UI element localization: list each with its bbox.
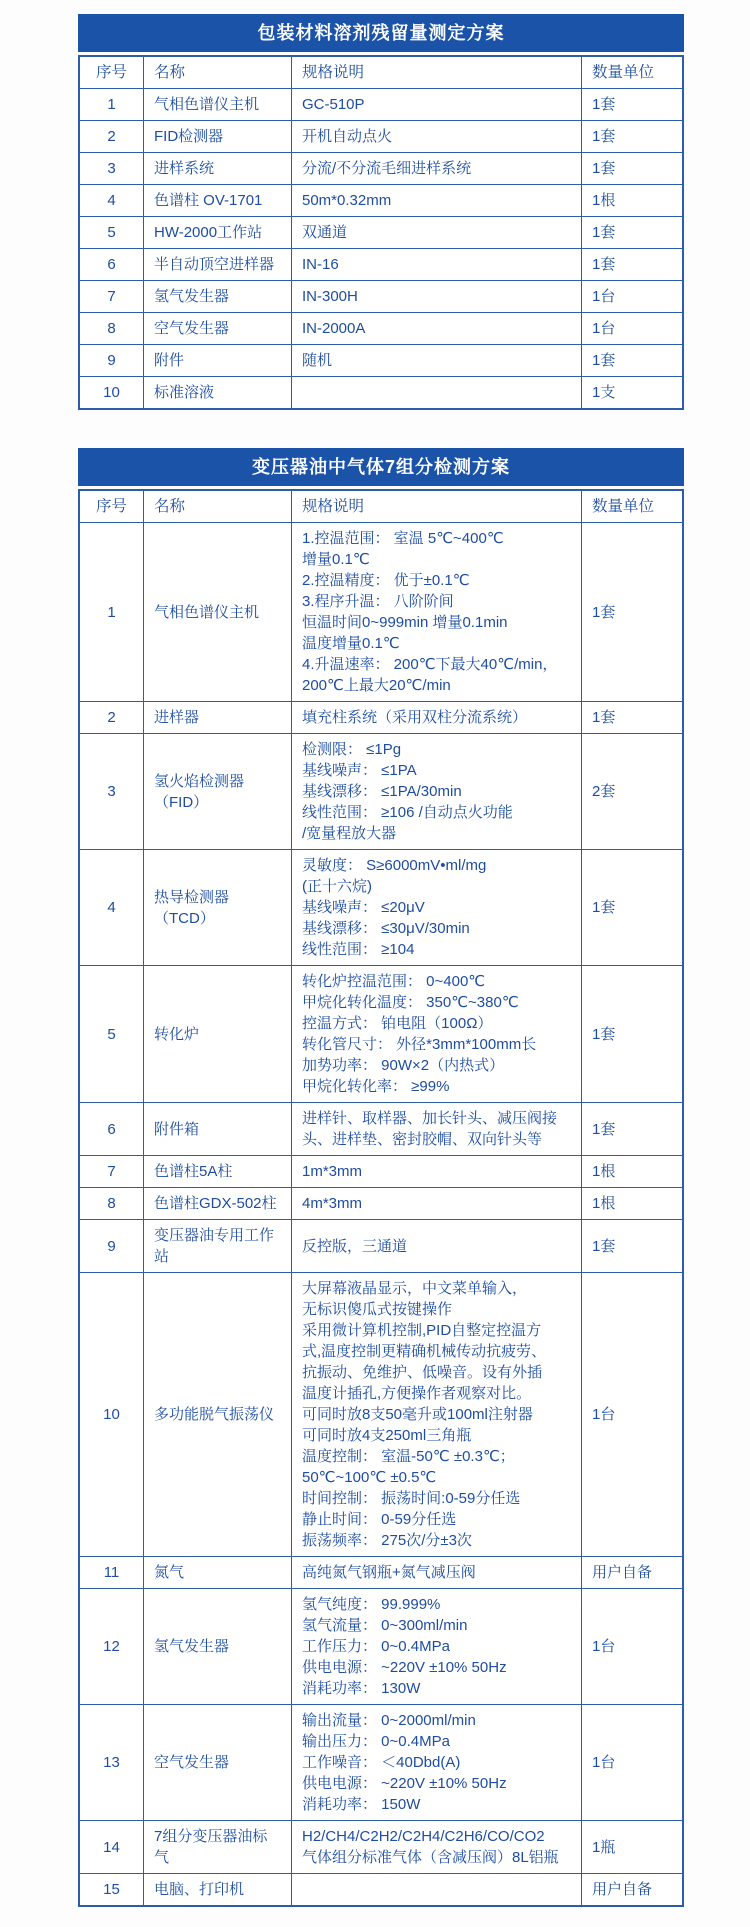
table-row: 8空气发生器IN-2000A1台 bbox=[80, 313, 682, 345]
cell-name: 色谱柱5A柱 bbox=[144, 1156, 292, 1187]
table-row: 2进样器填充柱系统（采用双柱分流系统）1套 bbox=[80, 702, 682, 734]
cell-no: 10 bbox=[80, 1273, 144, 1556]
cell-qty: 1套 bbox=[582, 1220, 682, 1272]
cell-spec: GC-510P bbox=[292, 89, 582, 120]
cell-name: 气相色谱仪主机 bbox=[144, 523, 292, 701]
cell-spec: IN-2000A bbox=[292, 313, 582, 344]
cell-qty: 1台 bbox=[582, 1705, 682, 1820]
table-row: 5转化炉转化炉控温范围： 0~400℃ 甲烷化转化温度： 350℃~380℃ 控… bbox=[80, 966, 682, 1103]
spec-sheet: 包装材料溶剂残留量测定方案 序号名称规格说明数量单位 1气相色谱仪主机GC-51… bbox=[78, 14, 685, 1907]
cell-no: 7 bbox=[80, 1156, 144, 1187]
cell-name: 标准溶液 bbox=[144, 377, 292, 408]
cell-spec: 大屏幕液晶显示，中文菜单输入， 无标识傻瓜式按键操作 采用微计算机控制,PID自… bbox=[292, 1273, 582, 1556]
cell-no: 13 bbox=[80, 1705, 144, 1820]
cell-spec: 1m*3mm bbox=[292, 1156, 582, 1187]
cell-spec: 输出流量： 0~2000ml/min 输出压力： 0~0.4MPa 工作噪音： … bbox=[292, 1705, 582, 1820]
cell-no: 9 bbox=[80, 1220, 144, 1272]
cell-name: 氢气发生器 bbox=[144, 281, 292, 312]
table-row: 3进样系统分流/不分流毛细进样系统1套 bbox=[80, 153, 682, 185]
cell-no: 15 bbox=[80, 1874, 144, 1905]
cell-no: 6 bbox=[80, 249, 144, 280]
table-row: 6附件箱进样针、取样器、加长针头、减压阀接头、进样垫、密封胶帽、双向针头等1套 bbox=[80, 1103, 682, 1156]
cell-qty: 1套 bbox=[582, 1103, 682, 1155]
cell-spec bbox=[292, 377, 582, 408]
cell-no: 2 bbox=[80, 121, 144, 152]
cell-qty: 1台 bbox=[582, 1273, 682, 1556]
cell-no: 5 bbox=[80, 966, 144, 1102]
cell-qty: 用户自备 bbox=[582, 1874, 682, 1905]
table-row: 1气相色谱仪主机GC-510P1套 bbox=[80, 89, 682, 121]
cell-name: 电脑、打印机 bbox=[144, 1874, 292, 1905]
cell-qty: 1根 bbox=[582, 185, 682, 216]
cell-name: 氢火焰检测器（FID） bbox=[144, 734, 292, 849]
cell-name: 多功能脱气振荡仪 bbox=[144, 1273, 292, 1556]
table-row: 7氢气发生器IN-300H1台 bbox=[80, 281, 682, 313]
cell-no: 4 bbox=[80, 185, 144, 216]
column-header-qty: 数量单位 bbox=[582, 57, 682, 88]
table-row: 6半自动顶空进样器IN-161套 bbox=[80, 249, 682, 281]
column-header-qty: 数量单位 bbox=[582, 491, 682, 522]
cell-spec: 转化炉控温范围： 0~400℃ 甲烷化转化温度： 350℃~380℃ 控温方式：… bbox=[292, 966, 582, 1102]
cell-no: 3 bbox=[80, 734, 144, 849]
column-header-no: 序号 bbox=[80, 57, 144, 88]
table-row: 9变压器油专用工作站反控版，三通道1套 bbox=[80, 1220, 682, 1273]
cell-name: 色谱柱GDX-502柱 bbox=[144, 1188, 292, 1219]
cell-name: 半自动顶空进样器 bbox=[144, 249, 292, 280]
cell-spec: 检测限： ≤1Pg 基线噪声： ≤1PA 基线漂移： ≤1PA/30min 线性… bbox=[292, 734, 582, 849]
cell-qty: 1套 bbox=[582, 850, 682, 965]
cell-qty: 1套 bbox=[582, 249, 682, 280]
cell-spec: 反控版，三通道 bbox=[292, 1220, 582, 1272]
table-row: 7色谱柱5A柱1m*3mm1根 bbox=[80, 1156, 682, 1188]
table-title: 包装材料溶剂残留量测定方案 bbox=[78, 14, 684, 52]
cell-name: 空气发生器 bbox=[144, 313, 292, 344]
table-grid: 序号名称规格说明数量单位 1气相色谱仪主机GC-510P1套2FID检测器开机自… bbox=[78, 55, 684, 410]
table-row: 4色谱柱 OV-170150m*0.32mm1根 bbox=[80, 185, 682, 217]
table-grid: 序号名称规格说明数量单位 1气相色谱仪主机1.控温范围： 室温 5℃~400℃ … bbox=[78, 489, 684, 1907]
table-body: 1气相色谱仪主机1.控温范围： 室温 5℃~400℃ 增量0.1℃ 2.控温精度… bbox=[80, 523, 682, 1905]
table-row: 12氢气发生器氢气纯度： 99.999% 氢气流量： 0~300ml/min 工… bbox=[80, 1589, 682, 1705]
cell-spec bbox=[292, 1874, 582, 1905]
table-row: 1气相色谱仪主机1.控温范围： 室温 5℃~400℃ 增量0.1℃ 2.控温精度… bbox=[80, 523, 682, 702]
cell-no: 10 bbox=[80, 377, 144, 408]
table-row: 9附件随机1套 bbox=[80, 345, 682, 377]
cell-name: 色谱柱 OV-1701 bbox=[144, 185, 292, 216]
cell-no: 9 bbox=[80, 345, 144, 376]
cell-spec: H2/CH4/C2H2/C2H4/C2H6/CO/CO2 气体组分标准气体（含减… bbox=[292, 1821, 582, 1873]
cell-qty: 1套 bbox=[582, 966, 682, 1102]
cell-spec: 填充柱系统（采用双柱分流系统） bbox=[292, 702, 582, 733]
cell-qty: 1瓶 bbox=[582, 1821, 682, 1873]
cell-spec: 进样针、取样器、加长针头、减压阀接头、进样垫、密封胶帽、双向针头等 bbox=[292, 1103, 582, 1155]
cell-qty: 1套 bbox=[582, 153, 682, 184]
cell-qty: 1套 bbox=[582, 121, 682, 152]
column-header-no: 序号 bbox=[80, 491, 144, 522]
cell-spec: 灵敏度： S≥6000mV•ml/mg (正十六烷) 基线噪声： ≤20μV 基… bbox=[292, 850, 582, 965]
cell-name: 氢气发生器 bbox=[144, 1589, 292, 1704]
cell-name: 氮气 bbox=[144, 1557, 292, 1588]
cell-no: 8 bbox=[80, 313, 144, 344]
cell-no: 14 bbox=[80, 1821, 144, 1873]
table-row: 10标准溶液1支 bbox=[80, 377, 682, 408]
cell-spec: IN-300H bbox=[292, 281, 582, 312]
table-row: 13空气发生器输出流量： 0~2000ml/min 输出压力： 0~0.4MPa… bbox=[80, 1705, 682, 1821]
table-title: 变压器油中气体7组分检测方案 bbox=[78, 448, 684, 486]
cell-no: 5 bbox=[80, 217, 144, 248]
cell-qty: 1支 bbox=[582, 377, 682, 408]
cell-no: 11 bbox=[80, 1557, 144, 1588]
spec-table: 包装材料溶剂残留量测定方案 序号名称规格说明数量单位 1气相色谱仪主机GC-51… bbox=[78, 14, 684, 410]
cell-no: 1 bbox=[80, 523, 144, 701]
cell-name: 进样器 bbox=[144, 702, 292, 733]
cell-qty: 1台 bbox=[582, 1589, 682, 1704]
cell-qty: 1套 bbox=[582, 523, 682, 701]
cell-name: 转化炉 bbox=[144, 966, 292, 1102]
cell-name: 附件箱 bbox=[144, 1103, 292, 1155]
cell-no: 1 bbox=[80, 89, 144, 120]
cell-spec: 高纯氮气钢瓶+氮气减压阀 bbox=[292, 1557, 582, 1588]
cell-spec: 分流/不分流毛细进样系统 bbox=[292, 153, 582, 184]
cell-name: HW-2000工作站 bbox=[144, 217, 292, 248]
table-row: 15电脑、打印机用户自备 bbox=[80, 1874, 682, 1905]
cell-spec: 1.控温范围： 室温 5℃~400℃ 增量0.1℃ 2.控温精度： 优于±0.1… bbox=[292, 523, 582, 701]
cell-qty: 1根 bbox=[582, 1156, 682, 1187]
column-header-name: 名称 bbox=[144, 491, 292, 522]
cell-spec: 4m*3mm bbox=[292, 1188, 582, 1219]
cell-name: FID检测器 bbox=[144, 121, 292, 152]
cell-qty: 1套 bbox=[582, 89, 682, 120]
cell-no: 2 bbox=[80, 702, 144, 733]
cell-no: 12 bbox=[80, 1589, 144, 1704]
cell-qty: 1台 bbox=[582, 281, 682, 312]
table-row: 3氢火焰检测器（FID）检测限： ≤1Pg 基线噪声： ≤1PA 基线漂移： ≤… bbox=[80, 734, 682, 850]
cell-spec: 双通道 bbox=[292, 217, 582, 248]
table-row: 2FID检测器开机自动点火1套 bbox=[80, 121, 682, 153]
cell-name: 附件 bbox=[144, 345, 292, 376]
cell-qty: 2套 bbox=[582, 734, 682, 849]
cell-qty: 用户自备 bbox=[582, 1557, 682, 1588]
cell-qty: 1套 bbox=[582, 702, 682, 733]
cell-no: 6 bbox=[80, 1103, 144, 1155]
cell-no: 8 bbox=[80, 1188, 144, 1219]
cell-name: 7组分变压器油标气 bbox=[144, 1821, 292, 1873]
table-body: 1气相色谱仪主机GC-510P1套2FID检测器开机自动点火1套3进样系统分流/… bbox=[80, 89, 682, 408]
cell-name: 进样系统 bbox=[144, 153, 292, 184]
cell-name: 热导检测器（TCD） bbox=[144, 850, 292, 965]
table-row: 10多功能脱气振荡仪大屏幕液晶显示，中文菜单输入， 无标识傻瓜式按键操作 采用微… bbox=[80, 1273, 682, 1557]
cell-no: 3 bbox=[80, 153, 144, 184]
table-row: 8色谱柱GDX-502柱4m*3mm1根 bbox=[80, 1188, 682, 1220]
column-header-spec: 规格说明 bbox=[292, 491, 582, 522]
cell-spec: 50m*0.32mm bbox=[292, 185, 582, 216]
cell-name: 变压器油专用工作站 bbox=[144, 1220, 292, 1272]
cell-spec: 随机 bbox=[292, 345, 582, 376]
cell-no: 7 bbox=[80, 281, 144, 312]
cell-qty: 1根 bbox=[582, 1188, 682, 1219]
table-row: 11氮气高纯氮气钢瓶+氮气减压阀用户自备 bbox=[80, 1557, 682, 1589]
column-header-spec: 规格说明 bbox=[292, 57, 582, 88]
header-row: 序号名称规格说明数量单位 bbox=[80, 57, 682, 89]
cell-qty: 1台 bbox=[582, 313, 682, 344]
cell-qty: 1套 bbox=[582, 217, 682, 248]
table-row: 147组分变压器油标气H2/CH4/C2H2/C2H4/C2H6/CO/CO2 … bbox=[80, 1821, 682, 1874]
cell-name: 气相色谱仪主机 bbox=[144, 89, 292, 120]
cell-name: 空气发生器 bbox=[144, 1705, 292, 1820]
cell-spec: 开机自动点火 bbox=[292, 121, 582, 152]
table-row: 5HW-2000工作站双通道1套 bbox=[80, 217, 682, 249]
cell-spec: IN-16 bbox=[292, 249, 582, 280]
cell-qty: 1套 bbox=[582, 345, 682, 376]
cell-spec: 氢气纯度： 99.999% 氢气流量： 0~300ml/min 工作压力： 0~… bbox=[292, 1589, 582, 1704]
header-row: 序号名称规格说明数量单位 bbox=[80, 491, 682, 523]
spec-table: 变压器油中气体7组分检测方案 序号名称规格说明数量单位 1气相色谱仪主机1.控温… bbox=[78, 448, 684, 1907]
column-header-name: 名称 bbox=[144, 57, 292, 88]
cell-no: 4 bbox=[80, 850, 144, 965]
table-row: 4热导检测器（TCD）灵敏度： S≥6000mV•ml/mg (正十六烷) 基线… bbox=[80, 850, 682, 966]
